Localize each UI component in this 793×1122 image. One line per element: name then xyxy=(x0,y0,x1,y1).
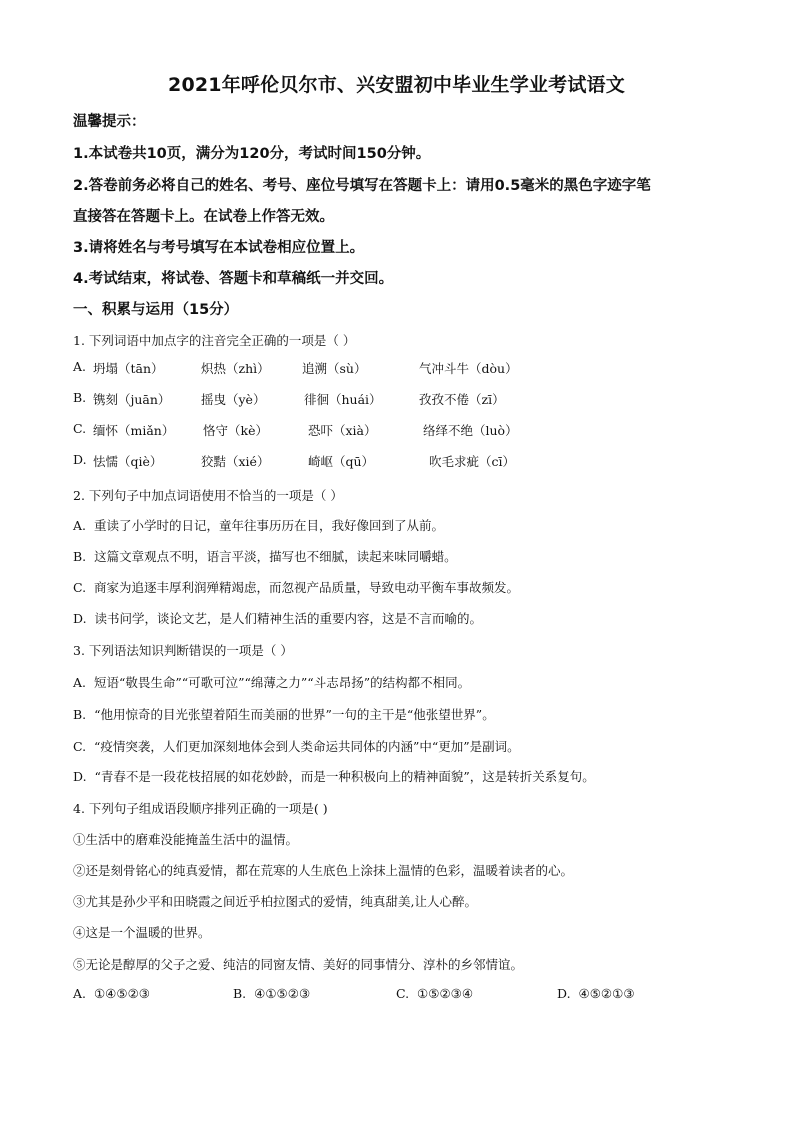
question-4-option-c: C. ①⑤②③④ xyxy=(396,986,473,1001)
option-word: 追溯（sù） xyxy=(302,359,366,377)
option-label: B. xyxy=(73,549,86,564)
option-label: D. xyxy=(73,452,87,467)
question-4-stem: 4. 下列句子组成语段顺序排列正确的一项是( ) xyxy=(73,799,328,817)
notice-item-4: 4.考试结束，将试卷、答题卡和草稿纸一并交回。 xyxy=(73,267,393,288)
question-3-option-c: C. “疫情突袭，人们更加深刻地体会到人类命运共同体的内涵”中“更加”是副词。 xyxy=(73,737,520,755)
option-word: 吹毛求疵（cī） xyxy=(429,452,515,470)
option-text: 商家为追逐丰厚利润殚精竭虑，而忽视产品质量，导致电动平衡车事故频发。 xyxy=(94,580,519,595)
option-text: 重读了小学时的日记，童年往事历历在目，我好像回到了从前。 xyxy=(94,518,444,533)
option-word: 崎岖（qū） xyxy=(308,452,374,470)
option-word: 气冲斗牛（dòu） xyxy=(419,359,518,377)
option-label: B. xyxy=(233,986,246,1001)
page-title: 2021年呼伦贝尔市、兴安盟初中毕业生学业考试语文 xyxy=(0,70,793,97)
option-label: D. xyxy=(73,611,87,626)
option-label: A. xyxy=(73,518,86,533)
option-label: A. xyxy=(73,359,86,374)
option-text: “他用惊奇的目光张望着陌生而美丽的世界”一句的主干是“他张望世界”。 xyxy=(94,707,495,722)
option-text: 这篇文章观点不明，语言平淡，描写也不细腻，读起来味同嚼蜡。 xyxy=(94,549,457,564)
option-word: 镌刻（juān） xyxy=(93,390,170,408)
question-2-stem: 2. 下列句子中加点词语使用不恰当的一项是（ ） xyxy=(73,486,343,504)
option-label: D. xyxy=(73,769,87,784)
question-4-option-d: D. ④⑤②①③ xyxy=(557,986,635,1001)
option-word: 狡黠（xié） xyxy=(201,452,269,470)
option-label: A. xyxy=(73,986,86,1001)
option-word: 坍塌（tān） xyxy=(93,359,164,377)
question-2-option-a: A. 重读了小学时的日记，童年往事历历在目，我好像回到了从前。 xyxy=(73,516,444,534)
option-label: D. xyxy=(557,986,571,1001)
option-text: ④⑤②①③ xyxy=(579,986,635,1001)
question-4-sentence-1: ①生活中的磨难没能掩盖生活中的温情。 xyxy=(73,830,298,848)
question-4-sentence-3: ③尤其是孙少平和田晓霞之间近乎柏拉图式的爱情，纯真甜美,让人心醉。 xyxy=(73,892,477,910)
option-label: A. xyxy=(73,675,86,690)
option-word: 摇曳（yè） xyxy=(201,390,265,408)
question-2-option-d: D. 读书问学，谈论文艺，是人们精神生活的重要内容，这是不言而喻的。 xyxy=(73,609,482,627)
option-text: “疫情突袭，人们更加深刻地体会到人类命运共同体的内涵”中“更加”是副词。 xyxy=(94,739,520,754)
question-1-stem: 1. 下列词语中加点字的注音完全正确的一项是（ ） xyxy=(73,331,355,349)
notice-item-2: 2.答卷前务必将自己的姓名、考号、座位号填写在答题卡上：请用0.5毫米的黑色字迹… xyxy=(73,174,651,195)
notice-item-2-cont: 直接答在答题卡上。在试卷上作答无效。 xyxy=(73,205,334,226)
question-3-option-b: B. “他用惊奇的目光张望着陌生而美丽的世界”一句的主干是“他张望世界”。 xyxy=(73,705,495,723)
question-3-stem: 3. 下列语法知识判断错误的一项是（ ） xyxy=(73,641,293,659)
notice-item-1: 1.本试卷共10页，满分为120分，考试时间150分钟。 xyxy=(73,142,430,163)
option-word: 络绎不绝（luò） xyxy=(423,421,518,439)
option-label: C. xyxy=(73,580,86,595)
question-2-option-c: C. 商家为追逐丰厚利润殚精竭虑，而忽视产品质量，导致电动平衡车事故频发。 xyxy=(73,578,519,596)
option-text: ①⑤②③④ xyxy=(417,986,473,1001)
question-4-sentence-5: ⑤无论是醇厚的父子之爱、纯洁的同窗友情、美好的同事情分、淳朴的乡邻情谊。 xyxy=(73,955,523,973)
notice-item-3: 3.请将姓名与考号填写在本试卷相应位置上。 xyxy=(73,236,364,257)
option-label: C. xyxy=(73,739,86,754)
option-text: “青春不是一段花枝招展的如花妙龄，而是一种积极向上的精神面貌”，这是转折关系复句… xyxy=(95,769,595,784)
option-word: 怯懦（qiè） xyxy=(93,452,162,470)
exam-page: 2021年呼伦贝尔市、兴安盟初中毕业生学业考试语文 温馨提示： 1.本试卷共10… xyxy=(0,0,793,1122)
option-word: 孜孜不倦（zī） xyxy=(419,390,505,408)
notice-heading: 温馨提示： xyxy=(73,110,146,131)
option-text: 读书问学，谈论文艺，是人们精神生活的重要内容，这是不言而喻的。 xyxy=(95,611,483,626)
section-heading: 一、积累与运用（15分） xyxy=(73,298,238,319)
question-2-option-b: B. 这篇文章观点不明，语言平淡，描写也不细腻，读起来味同嚼蜡。 xyxy=(73,547,457,565)
question-3-option-d: D. “青春不是一段花枝招展的如花妙龄，而是一种积极向上的精神面貌”，这是转折关… xyxy=(73,767,595,785)
option-text: ①④⑤②③ xyxy=(94,986,150,1001)
option-text: ④①⑤②③ xyxy=(254,986,310,1001)
question-3-option-a: A. 短语“敬畏生命”“可歌可泣”“绵薄之力”“斗志昂扬”的结构都不相同。 xyxy=(73,673,470,691)
option-word: 缅怀（miǎn） xyxy=(93,421,174,439)
option-label: B. xyxy=(73,390,86,405)
question-4-sentence-2: ②还是刻骨铭心的纯真爱情，都在荒寒的人生底色上涂抹上温情的色彩，温暖着读者的心。 xyxy=(73,861,573,879)
question-4-sentence-4: ④这是一个温暖的世界。 xyxy=(73,923,211,941)
option-label: C. xyxy=(396,986,409,1001)
option-text: 短语“敬畏生命”“可歌可泣”“绵薄之力”“斗志昂扬”的结构都不相同。 xyxy=(94,675,470,690)
question-4-option-b: B. ④①⑤②③ xyxy=(233,986,310,1001)
option-label: B. xyxy=(73,707,86,722)
option-word: 恪守（kè） xyxy=(203,421,268,439)
option-label: C. xyxy=(73,421,86,436)
question-4-option-a: A. ①④⑤②③ xyxy=(73,986,150,1001)
option-word: 炽热（zhì） xyxy=(201,359,270,377)
option-word: 徘徊（huái） xyxy=(304,390,382,408)
option-word: 恐吓（xià） xyxy=(308,421,377,439)
